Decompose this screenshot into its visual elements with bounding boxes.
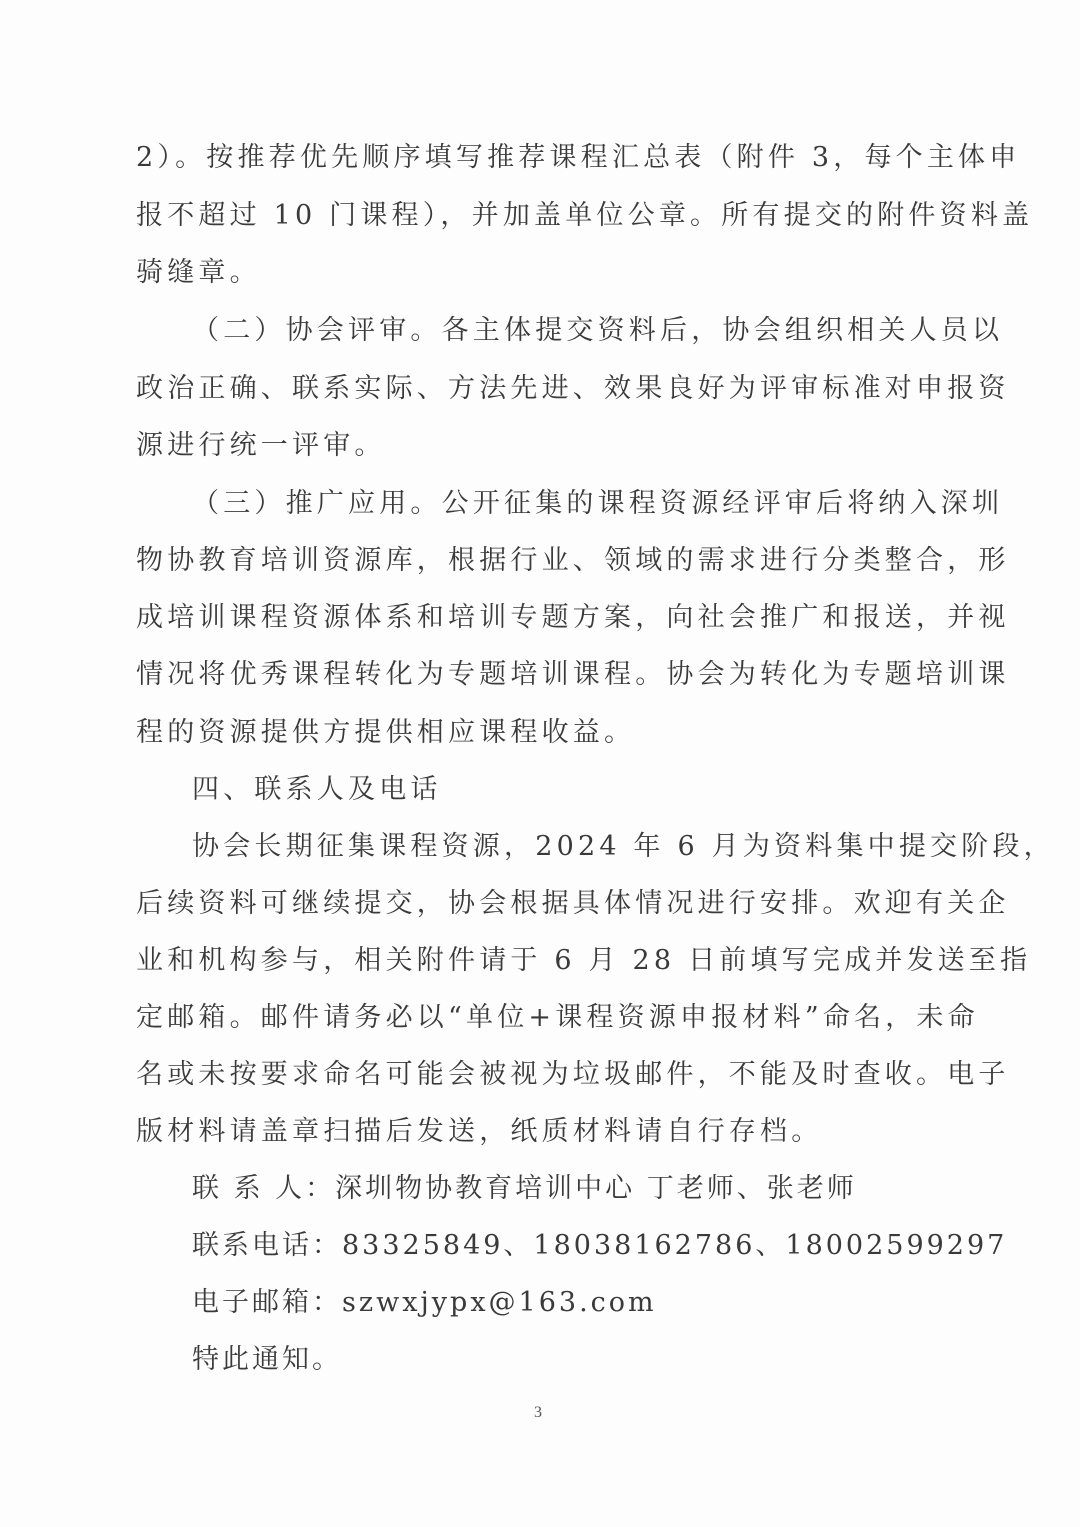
body-line: 源进行统一评审。: [136, 429, 946, 463]
body-line: 业和机构参与，相关附件请于 6 月 28 日前填写完成并发送至指: [136, 944, 946, 978]
body-line: 后续资料可继续提交，协会根据具体情况进行安排。欢迎有关企: [136, 887, 946, 921]
body-line: 版材料请盖章扫描后发送，纸质材料请自行存档。: [136, 1115, 946, 1149]
body-line: 定邮箱。邮件请务必以“单位+课程资源申报材料”命名，未命: [136, 1001, 946, 1035]
contact-email: 电子邮箱：szwxjypx@163.com: [192, 1286, 657, 1320]
contact-email-value: szwxjypx@163.com: [342, 1287, 657, 1318]
body-line: 程的资源提供方提供相应课程收益。: [136, 716, 946, 750]
section-2-heading-line: （二）协会评审。各主体提交资料后，协会组织相关人员以: [192, 314, 946, 348]
contact-email-label: 电子邮箱：: [192, 1287, 342, 1318]
body-line: 2）。按推荐优先顺序填写推荐课程汇总表（附件 3，每个主体申: [136, 141, 946, 175]
closing-text: 特此通知。: [192, 1343, 342, 1377]
contact-person: 联 系 人：深圳物协教育培训中心 丁老师、张老师: [192, 1172, 857, 1206]
contact-person-value: 深圳物协教育培训中心 丁老师、张老师: [335, 1173, 857, 1204]
body-line: 名或未按要求命名可能会被视为垃圾邮件，不能及时查收。电子: [136, 1058, 946, 1092]
contact-phone-value: 83325849、18038162786、18002599297: [342, 1230, 1007, 1261]
contact-phone: 联系电话：83325849、18038162786、18002599297: [192, 1229, 1007, 1263]
body-line: 物协教育培训资源库，根据行业、领域的需求进行分类整合，形: [136, 544, 946, 578]
page-number: 3: [534, 1404, 542, 1422]
contact-phone-label: 联系电话：: [192, 1230, 342, 1261]
body-line: 政治正确、联系实际、方法先进、效果良好为评审标准对申报资: [136, 372, 946, 406]
section-4-heading: 四、联系人及电话: [192, 773, 946, 807]
body-line: 成培训课程资源体系和培训专题方案，向社会推广和报送，并视: [136, 601, 946, 635]
body-line: 协会长期征集课程资源，2024 年 6 月为资料集中提交阶段，: [192, 830, 946, 864]
body-line: 情况将优秀课程转化为专题培训课程。协会为转化为专题培训课: [136, 658, 946, 692]
body-line: 报不超过 10 门课程），并加盖单位公章。所有提交的附件资料盖: [136, 199, 946, 233]
body-line: 骑缝章。: [136, 256, 946, 290]
contact-person-label: 联 系 人：: [192, 1173, 335, 1204]
section-3-heading-line: （三）推广应用。公开征集的课程资源经评审后将纳入深圳: [192, 487, 946, 521]
document-page: 2）。按推荐优先顺序填写推荐课程汇总表（附件 3，每个主体申 报不超过 10 门…: [0, 0, 1080, 1527]
